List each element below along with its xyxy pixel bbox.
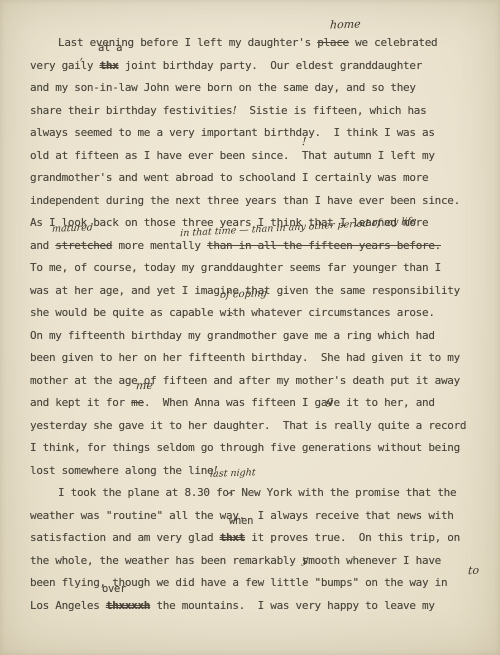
typed-text: and my son-in-law John were born on the … bbox=[30, 81, 416, 94]
x-struck-text: thxxxxh bbox=[106, 599, 150, 612]
typescript-line: grandmother's and went abroad to schoola… bbox=[30, 167, 492, 190]
typescript-line: always seemed to me a very important bir… bbox=[30, 122, 492, 145]
typed-text: Last evening before I left my daughter's bbox=[58, 36, 317, 49]
typed-text: we celebrated bbox=[349, 36, 438, 49]
struck-text: place bbox=[317, 36, 349, 49]
typescript-line: To me, of course, today my granddaughter… bbox=[30, 257, 492, 280]
typescript-line: weather was "routine" all the way. I alw… bbox=[30, 505, 492, 528]
typescript-line: satisfaction and am very glad thxt it pr… bbox=[30, 527, 492, 550]
typed-text: the whole, the weather has been remarkab… bbox=[30, 554, 441, 567]
x-struck-text: thx bbox=[100, 59, 119, 72]
typed-text: To me, of course, today my granddaughter… bbox=[30, 261, 441, 274]
typed-text: I think, for things seldom go through fi… bbox=[30, 441, 460, 454]
typescript-line: lost somewhere along the line! bbox=[30, 460, 492, 483]
typescript-line: been flying, though we did have a few li… bbox=[30, 572, 492, 595]
typed-text: old at fifteen as I have ever been since… bbox=[30, 149, 435, 162]
typed-text: and bbox=[30, 239, 55, 252]
typescript-line: very gaily thx joint birthday party. Our… bbox=[30, 55, 492, 78]
typed-text: the mountains. I was very happy to leave… bbox=[150, 599, 435, 612]
struck-text: me bbox=[131, 396, 144, 409]
typed-text: Los Angeles bbox=[30, 599, 106, 612]
typescript-line: mother at the age of fifteen and after m… bbox=[30, 370, 492, 393]
typescript-line: and stretched more mentally than in all … bbox=[30, 235, 492, 258]
typed-text: very gaily bbox=[30, 59, 100, 72]
typescript-line: Los Angeles thxxxxh the mountains. I was… bbox=[30, 595, 492, 618]
typed-text: On my fifteenth birthday my grandmother … bbox=[30, 329, 435, 342]
typed-text: grandmother's and went abroad to schoola… bbox=[30, 171, 428, 184]
typed-text: share their birthday festivities bbox=[30, 104, 232, 117]
typed-text: yesterday she gave it to her daughter. T… bbox=[30, 419, 466, 432]
typed-text: weather was "routine" all the way. I alw… bbox=[30, 509, 454, 522]
typed-text: always seemed to me a very important bir… bbox=[30, 126, 435, 139]
typed-text: As I look back on those three years I th… bbox=[30, 216, 428, 229]
typed-text: lost somewhere along the line bbox=[30, 464, 213, 477]
typed-text: I took the plane at 8.30 for New York wi… bbox=[58, 486, 456, 499]
typed-text: . When Anna was fifteen I gave it to her… bbox=[144, 396, 435, 409]
typed-text: been flying, though we did have a few li… bbox=[30, 576, 447, 589]
typescript-line: yesterday she gave it to her daughter. T… bbox=[30, 415, 492, 438]
typed-text: joint birthday party. Our eldest grandda… bbox=[119, 59, 422, 72]
document-page: Last evening before I left my daughter's… bbox=[0, 0, 500, 655]
handwritten-annotation: home bbox=[330, 18, 361, 31]
typescript-line: On my fifteenth birthday my grandmother … bbox=[30, 325, 492, 348]
typescript-line: I think, for things seldom go through fi… bbox=[30, 437, 492, 460]
typed-text: Sistie is fifteen, which has bbox=[237, 104, 427, 117]
typescript-text-block: Last evening before I left my daughter's… bbox=[30, 32, 492, 617]
typed-text: she would be quite as capable with whate… bbox=[30, 306, 435, 319]
handwritten-text: ! bbox=[213, 464, 217, 477]
struck-text: than in all the fifteen years before. bbox=[207, 239, 441, 252]
typescript-line: old at fifteen as I have ever been since… bbox=[30, 145, 492, 168]
typescript-line: I took the plane at 8.30 for New York wi… bbox=[30, 482, 492, 505]
typescript-line: been given to her on her fifteenth birth… bbox=[30, 347, 492, 370]
typed-text: and kept it for bbox=[30, 396, 131, 409]
typescript-line: and my son-in-law John were born on the … bbox=[30, 77, 492, 100]
typed-text: mother at the age of fifteen and after m… bbox=[30, 374, 460, 387]
typed-text: was at her age, and yet I imagine that g… bbox=[30, 284, 460, 297]
typed-text: more mentally bbox=[112, 239, 207, 252]
x-struck-text: thxt bbox=[220, 531, 245, 544]
typescript-line: and kept it for me. When Anna was fiftee… bbox=[30, 392, 492, 415]
typescript-line: was at her age, and yet I imagine that g… bbox=[30, 280, 492, 303]
typescript-line: the whole, the weather has been remarkab… bbox=[30, 550, 492, 573]
typed-text: satisfaction and am very glad bbox=[30, 531, 220, 544]
struck-text: stretched bbox=[55, 239, 112, 252]
typescript-line: Last evening before I left my daughter's… bbox=[30, 32, 492, 55]
typed-text: been given to her on her fifteenth birth… bbox=[30, 351, 460, 364]
typescript-line: independent during the next three years … bbox=[30, 190, 492, 213]
typescript-line: she would be quite as capable with whate… bbox=[30, 302, 492, 325]
typescript-line: As I look back on those three years I th… bbox=[30, 212, 492, 235]
typescript-line: share their birthday festivities! Sistie… bbox=[30, 100, 492, 123]
typed-text: independent during the next three years … bbox=[30, 194, 460, 207]
typed-text: it proves true. On this trip, on bbox=[245, 531, 460, 544]
